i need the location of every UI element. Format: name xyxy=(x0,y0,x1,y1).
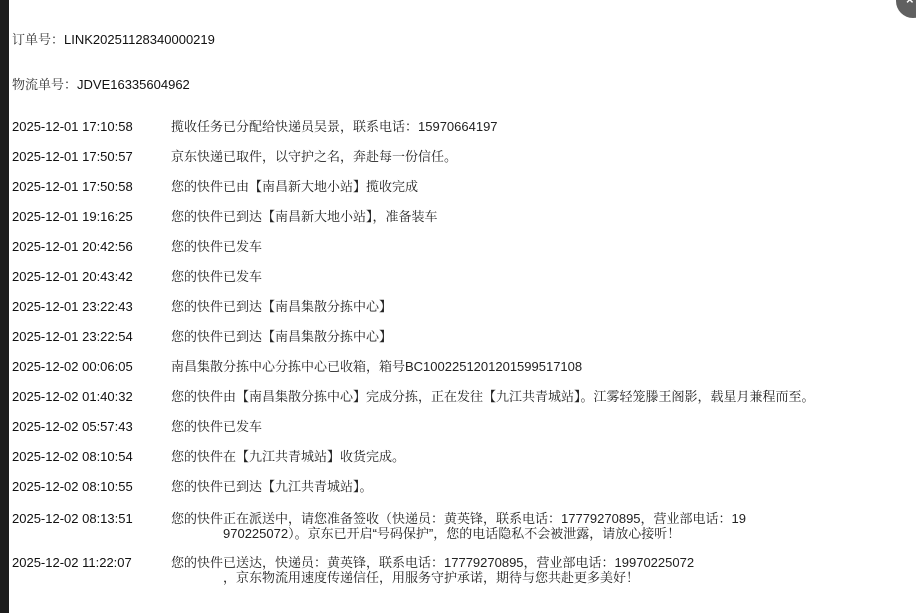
event-description: 您的快件由【南昌集散分拣中心】完成分拣，正在发往【九江共青城站】。江雾轻笼滕王阁… xyxy=(171,389,815,404)
event-time: 2025-12-02 05:57:43 xyxy=(12,419,162,434)
event-time: 2025-12-01 20:42:56 xyxy=(12,239,162,254)
event-description: 京东快递已取件，以守护之名，奔赴每一份信任。 xyxy=(171,149,457,164)
order-number-value: LINK20251128340000219 xyxy=(64,32,215,47)
event-description: 您的快件已到达【南昌集散分拣中心】 xyxy=(171,329,392,344)
event-description-line-1: 您的快件正在派送中，请您准备签收（快递员：黄英锋，联系电话：1777927089… xyxy=(171,511,746,526)
event-description: 您的快件已发车 xyxy=(171,269,262,284)
event-description: 您的快件已到达【九江共青城站】。 xyxy=(171,479,373,494)
event-time: 2025-12-01 19:16:25 xyxy=(12,209,162,224)
event-time: 2025-12-01 17:50:57 xyxy=(12,149,162,164)
event-time: 2025-12-02 08:13:51 xyxy=(12,511,162,526)
event-description: 您的快件已发车 xyxy=(171,419,262,434)
event-description: 您的快件已送达，快递员：黄英锋，联系电话：17779270895，营业部电话：1… xyxy=(171,555,694,585)
event-description-line-1: 您的快件已送达，快递员：黄英锋，联系电话：17779270895，营业部电话：1… xyxy=(171,555,694,570)
event-time: 2025-12-02 08:10:55 xyxy=(12,479,162,494)
tracking-number-line: 物流单号：JDVE16335604962 xyxy=(12,74,190,93)
event-description: 揽收任务已分配给快递员吴景，联系电话：15970664197 xyxy=(171,119,498,134)
event-description: 南昌集散分拣中心分拣中心已收箱，箱号BC10022512012015995171… xyxy=(171,359,582,374)
background-edge xyxy=(0,0,9,613)
close-button[interactable]: × xyxy=(896,0,916,18)
event-time: 2025-12-01 17:10:58 xyxy=(12,119,162,134)
event-description-line-2: ，京东物流用速度传递信任，用服务守护承诺，期待与您共赴更多美好！ xyxy=(171,570,694,585)
event-time: 2025-12-02 11:22:07 xyxy=(12,555,162,570)
event-time: 2025-12-01 20:43:42 xyxy=(12,269,162,284)
logistics-dialog: × 订单号：LINK20251128340000219 物流单号：JDVE163… xyxy=(9,0,916,613)
event-description: 您的快件已到达【南昌新大地小站】，准备装车 xyxy=(171,209,438,224)
order-number-label: 订单号： xyxy=(12,32,64,47)
order-number-line: 订单号：LINK20251128340000219 xyxy=(12,29,215,48)
event-time: 2025-12-02 01:40:32 xyxy=(12,389,162,404)
event-description: 您的快件已发车 xyxy=(171,239,262,254)
event-time: 2025-12-01 23:22:43 xyxy=(12,299,162,314)
event-description: 您的快件正在派送中，请您准备签收（快递员：黄英锋，联系电话：1777927089… xyxy=(171,511,746,541)
event-description-line-2: 970225072）。京东已开启“号码保护”，您的电话隐私不会被泄露，请放心接听… xyxy=(171,526,746,541)
event-description: 您的快件在【九江共青城站】收货完成。 xyxy=(171,449,405,464)
event-time: 2025-12-01 17:50:58 xyxy=(12,179,162,194)
close-icon: × xyxy=(906,0,914,6)
event-time: 2025-12-02 00:06:05 xyxy=(12,359,162,374)
event-time: 2025-12-01 23:22:54 xyxy=(12,329,162,344)
tracking-number-value: JDVE16335604962 xyxy=(77,77,190,92)
event-description: 您的快件已由【南昌新大地小站】揽收完成 xyxy=(171,179,418,194)
event-time: 2025-12-02 08:10:54 xyxy=(12,449,162,464)
event-description: 您的快件已到达【南昌集散分拣中心】 xyxy=(171,299,392,314)
tracking-number-label: 物流单号： xyxy=(12,77,77,92)
